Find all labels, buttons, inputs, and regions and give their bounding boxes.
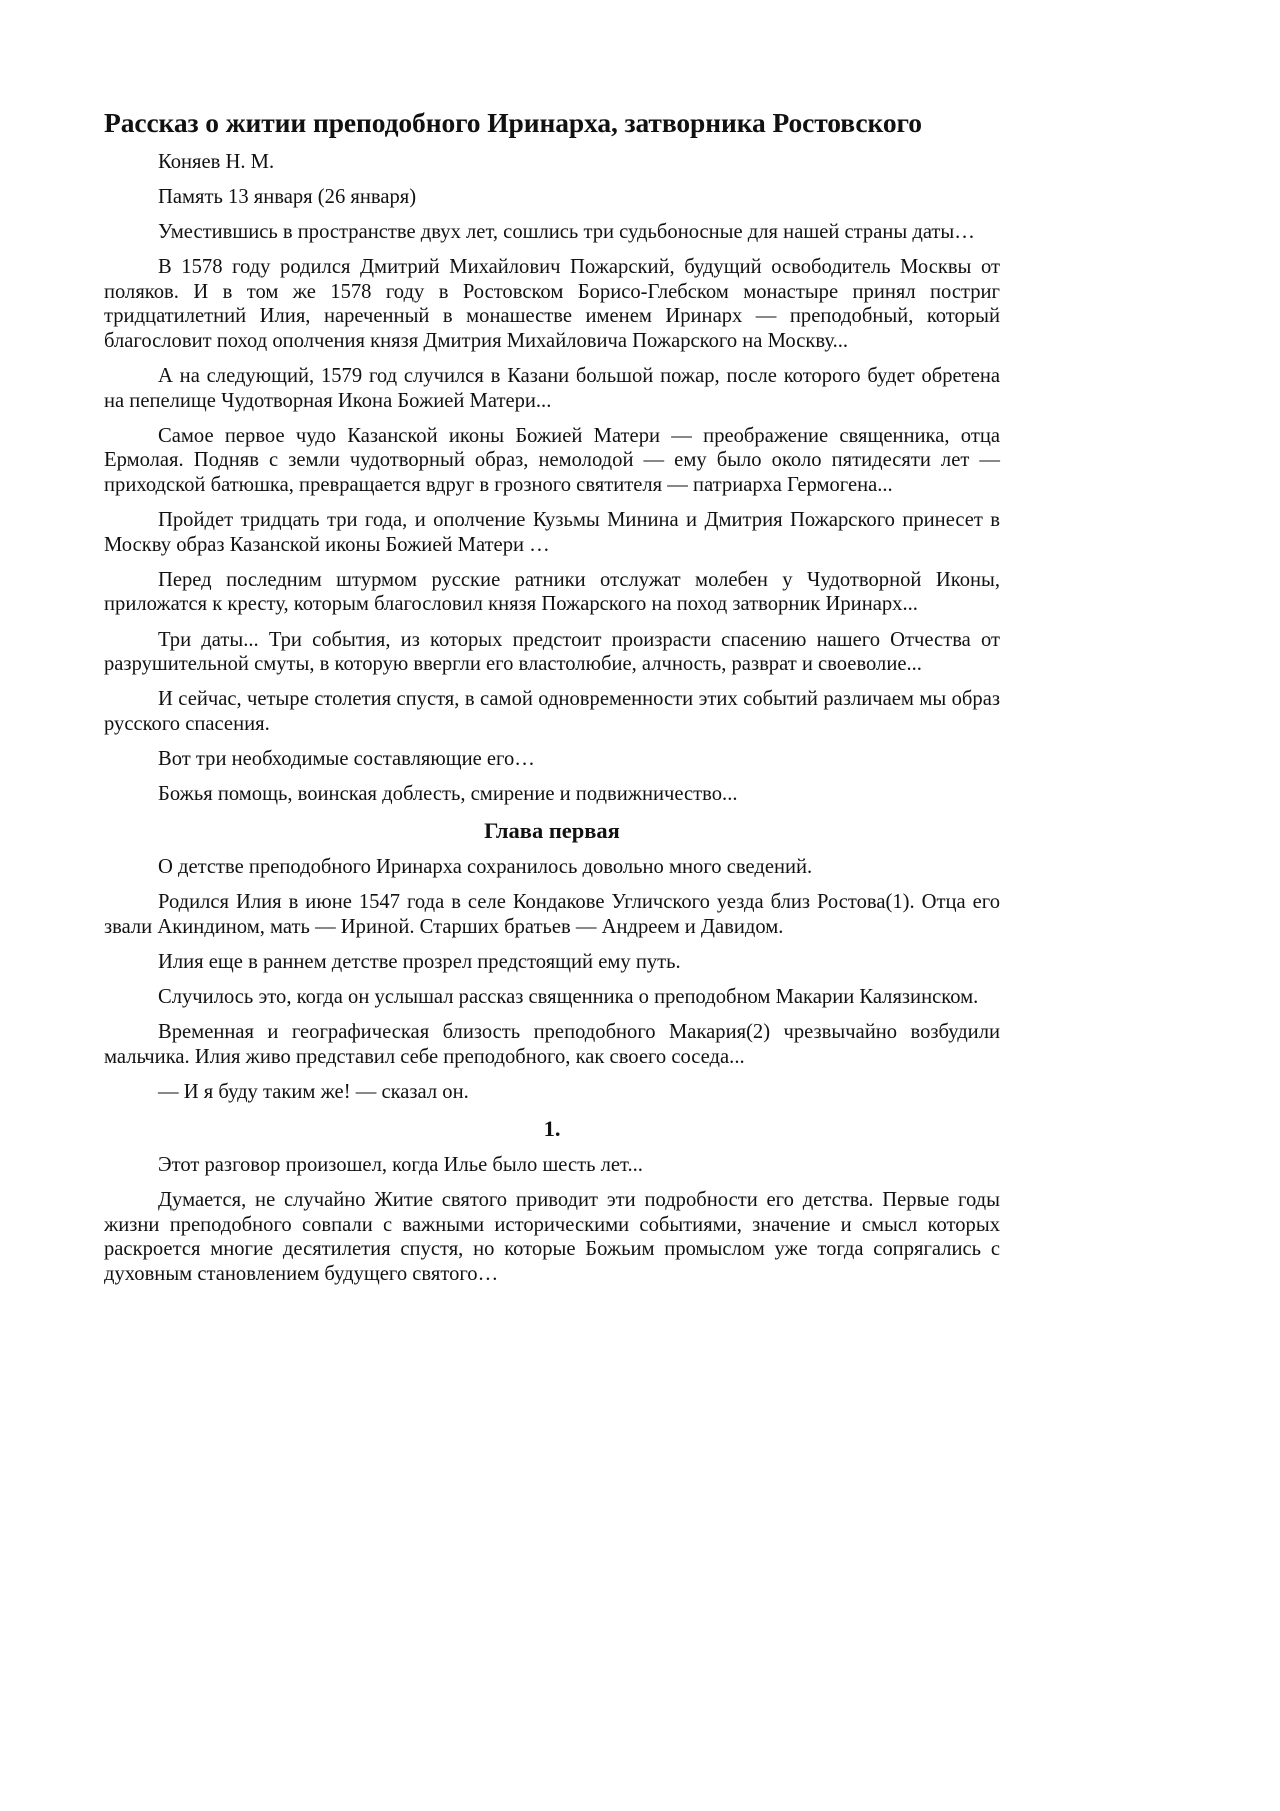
document-page: Рассказ о житии преподобного Иринарха, з… [104,106,1000,1297]
paragraph: Перед последним штурмом русские ратники … [104,568,1000,617]
paragraph: Божья помощь, воинская доблесть, смирени… [104,782,1000,807]
paragraph: Родился Илия в июне 1547 года в селе Кон… [104,890,1000,939]
section-heading: 1. [104,1115,1000,1143]
paragraph: В 1578 году родился Дмитрий Михайлович П… [104,255,1000,353]
paragraph: О детстве преподобного Иринарха сохранил… [104,855,1000,880]
memory-date-line: Память 13 января (26 января) [104,185,1000,210]
paragraph: Три даты... Три события, из которых пред… [104,628,1000,677]
intro-section: Уместившись в пространстве двух лет, сош… [104,220,1000,806]
paragraph: А на следующий, 1579 год случился в Каза… [104,364,1000,413]
paragraph: И сейчас, четыре столетия спустя, в само… [104,687,1000,736]
section-one: 1. Этот разговор произошел, когда Илье б… [104,1115,1000,1286]
paragraph: Этот разговор произошел, когда Илье было… [104,1153,1000,1178]
paragraph: Пройдет тридцать три года, и ополчение К… [104,508,1000,557]
author-line: Коняев Н. М. [104,150,1000,175]
paragraph: Думается, не случайно Житие святого прив… [104,1188,1000,1286]
paragraph: Случилось это, когда он услышал рассказ … [104,985,1000,1010]
paragraph: Вот три необходимые составляющие его… [104,747,1000,772]
chapter-one-section: Глава первая О детстве преподобного Ирин… [104,817,1000,1104]
paragraph: Временная и географическая близость преп… [104,1020,1000,1069]
paragraph: Уместившись в пространстве двух лет, сош… [104,220,1000,245]
paragraph: Илия еще в раннем детстве прозрел предст… [104,950,1000,975]
dialogue-line: — И я буду таким же! — сказал он. [104,1080,1000,1105]
document-title: Рассказ о житии преподобного Иринарха, з… [104,106,1000,140]
paragraph: Самое первое чудо Казанской иконы Божией… [104,424,1000,498]
chapter-heading: Глава первая [104,817,1000,845]
